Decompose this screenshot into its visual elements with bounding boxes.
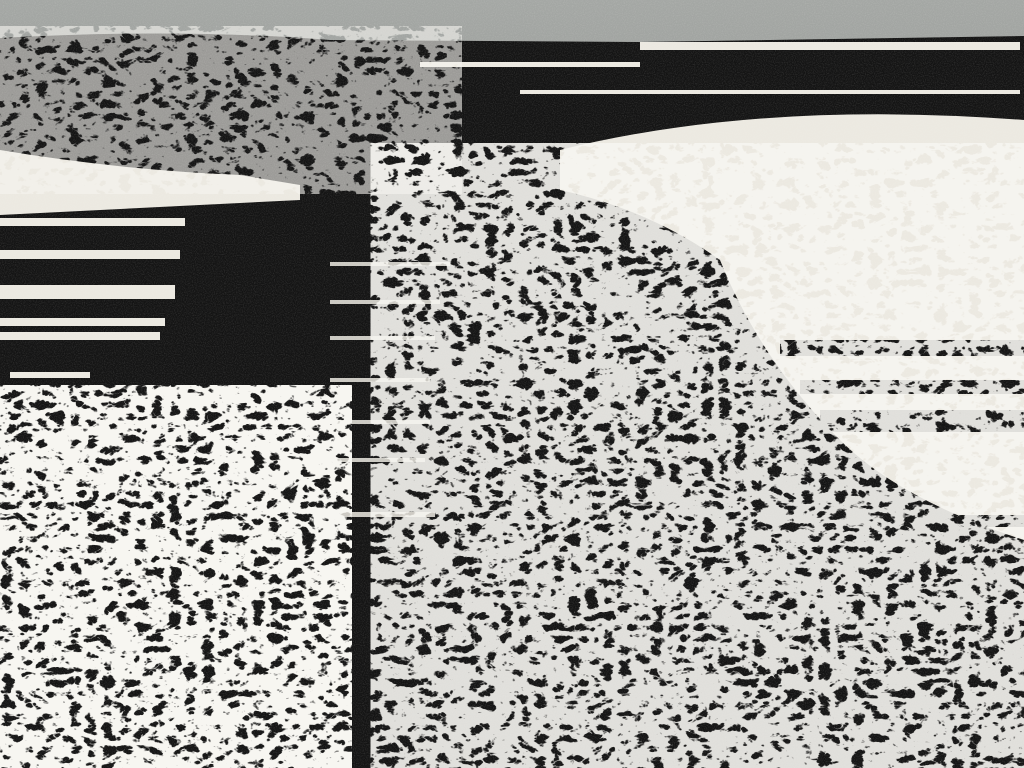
paper-grain [0, 36, 1024, 768]
print-photo [0, 0, 1024, 768]
